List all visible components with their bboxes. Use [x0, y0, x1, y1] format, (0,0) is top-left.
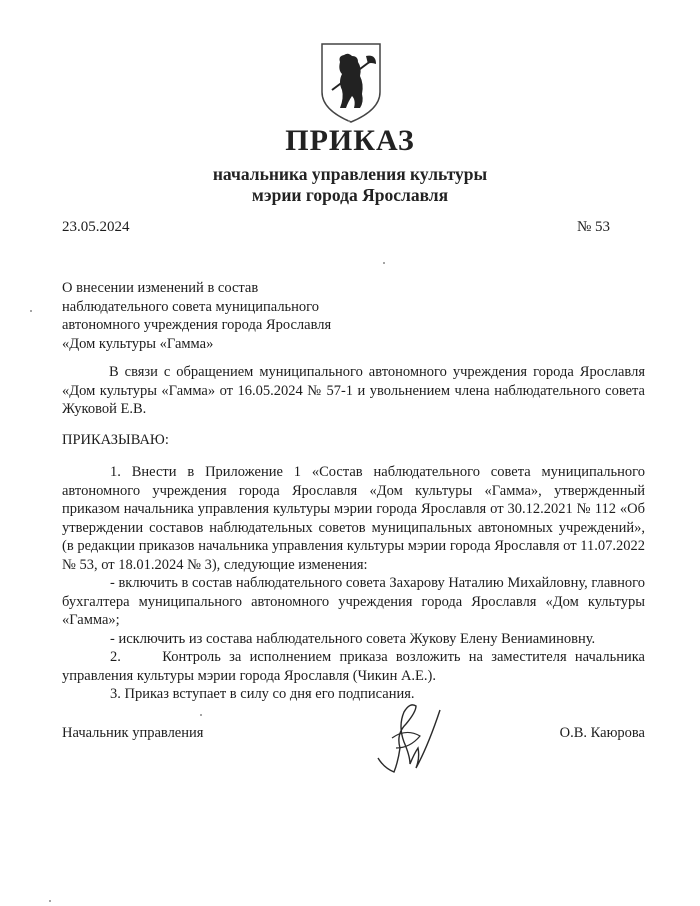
order-word: ПРИКАЗЫВАЮ: — [62, 431, 645, 450]
signature-icon — [370, 698, 450, 778]
order-word-block: ПРИКАЗЫВАЮ: — [62, 431, 645, 450]
scan-speck — [383, 262, 385, 264]
document-number: № 53 — [577, 219, 610, 236]
document-subtitle-line1: начальника управления культуры — [0, 164, 700, 185]
document-date: 23.05.2024 — [62, 219, 130, 236]
document-title: ПРИКАЗ — [0, 124, 700, 158]
document-subtitle-line2: мэрии города Ярославля — [0, 185, 700, 206]
scan-speck — [49, 900, 51, 902]
signatory-name: О.В. Каюрова — [560, 725, 645, 742]
preamble-paragraph: В связи с обращением муниципального авто… — [62, 363, 645, 419]
order-item-2: 2. Контроль за исполнением приказа возло… — [62, 648, 645, 685]
subject-line: автономного учреждения города Ярославля — [62, 316, 331, 335]
document-page: ПРИКАЗ начальника управления культуры мэ… — [0, 0, 700, 906]
order-item-3: 3. Приказ вступает в силу со дня его под… — [62, 685, 645, 704]
order-item-1-include: - включить в состав наблюдательного сове… — [62, 574, 645, 630]
scan-speck — [200, 714, 202, 716]
coat-of-arms-icon — [318, 40, 384, 124]
scan-speck — [30, 310, 32, 312]
scan-speck — [348, 120, 350, 122]
document-subject: О внесении изменений в состав наблюдател… — [62, 279, 331, 353]
order-item-1-exclude: - исключить из состава наблюдательного с… — [62, 630, 645, 649]
signatory-role: Начальник управления — [62, 725, 203, 742]
order-items: 1. Внести в Приложение 1 «Состав наблюда… — [62, 463, 645, 704]
preamble-block: В связи с обращением муниципального авто… — [62, 363, 645, 419]
subject-line: О внесении изменений в состав — [62, 279, 331, 298]
order-item-1: 1. Внести в Приложение 1 «Состав наблюда… — [62, 463, 645, 574]
subject-line: «Дом культуры «Гамма» — [62, 335, 331, 354]
subject-line: наблюдательного совета муниципального — [62, 298, 331, 317]
